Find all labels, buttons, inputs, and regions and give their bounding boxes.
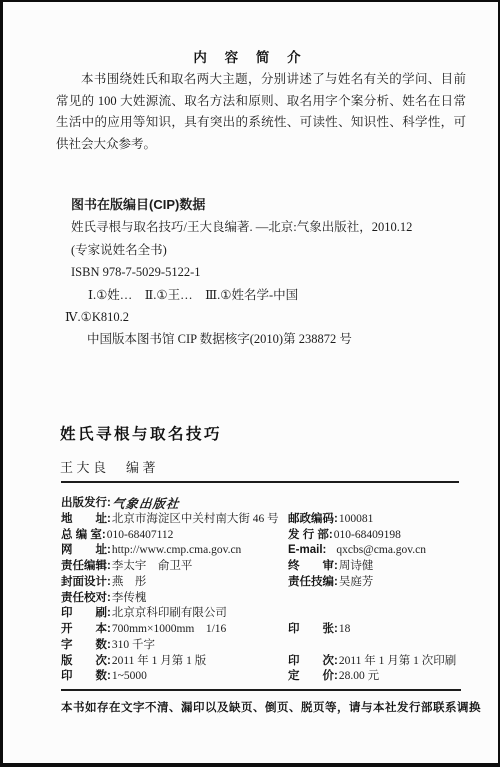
distribution-dept-phone: 010-68409198 (333, 528, 401, 544)
editorial-office-label: 总 编 室: (61, 528, 106, 544)
website-label: 网 址: (61, 543, 111, 559)
website-url: http://www.cmp.cma.gov.cn (111, 543, 241, 559)
distribution-dept-label: 发 行 部: (288, 528, 333, 544)
price-value: 28.00 元 (338, 669, 379, 685)
sheets-label: 印 张: (288, 622, 338, 638)
format-label: 开 本: (61, 622, 111, 638)
impression-label: 印 次: (288, 654, 338, 670)
publisher-logotype: 气象出版社 (110, 496, 180, 512)
colophon-row: 字 数:310 千字 (61, 638, 465, 654)
proofreader-name: 李传槐 (111, 591, 147, 607)
book-author: 王大良 编著 (60, 457, 222, 476)
technical-editor-name: 吴庭芳 (338, 575, 374, 591)
cover-design-label: 封面设计: (61, 575, 111, 591)
cip-series-line: (专家说姓名全书) (71, 239, 461, 261)
address-value: 北京市海淀区中关村南大街 46 号 (111, 512, 279, 528)
address-label: 地 址: (61, 512, 111, 528)
divider-top (61, 481, 459, 483)
word-count-value: 310 千字 (111, 638, 155, 654)
cip-data-block: 图书在版编目(CIP)数据 姓氏寻根与取名技巧/王大良编著. —北京:气象出版社… (71, 194, 461, 351)
colophon-row: 版 次:2011 年 1 月第 1 版 印 次:2011 年 1 月第 1 次印… (61, 654, 465, 670)
title-block: 姓氏寻根与取名技巧 王大良 编著 (60, 422, 222, 476)
copyright-page: 内 容 简 介 本书围绕姓氏和取名两大主题，分别讲述了与姓名有关的学问、目前常见… (0, 0, 500, 767)
cip-isbn: ISBN 978-7-5029-5122-1 (71, 261, 461, 283)
editorial-office-phone: 010-68407112 (106, 528, 174, 544)
colophon-row: 总 编 室:010-68407112 发 行 部:010-68409198 (61, 528, 465, 544)
email-label: E-mail: (288, 543, 326, 559)
colophon-row: 印 刷:北京京科印刷有限公司 (61, 606, 465, 622)
printer-name: 北京京科印刷有限公司 (111, 606, 227, 622)
colophon-row: 网 址:http://www.cmp.cma.gov.cn E-mail:qxc… (61, 543, 465, 559)
replacement-notice: 本书如存在文字不清、漏印以及缺页、倒页、脱页等，请与本社发行部联系调换 (61, 699, 481, 715)
proofreader-label: 责任校对: (61, 591, 111, 607)
print-run-value: 1~5000 (111, 669, 147, 685)
publisher-label: 出版发行: (61, 496, 111, 512)
postcode-value: 100081 (338, 512, 374, 528)
edition-value: 2011 年 1 月第 1 版 (111, 654, 206, 670)
cover-design-name: 燕 彤 (111, 575, 147, 591)
colophon-row-publisher: 出版发行: 气象出版社 (61, 496, 465, 512)
word-count-label: 字 数: (61, 638, 111, 654)
publisher-cell: 出版发行: 气象出版社 (61, 496, 288, 512)
colophon-row: 封面设计:燕 彤 责任技编:吴庭芳 (61, 575, 465, 591)
final-reviewer-name: 周诗健 (338, 559, 374, 575)
book-title: 姓氏寻根与取名技巧 (60, 422, 222, 444)
content-summary-paragraph: 本书围绕姓氏和取名两大主题，分别讲述了与姓名有关的学问、目前常见的 100 大姓… (56, 69, 466, 155)
final-reviewer-label: 终 审: (288, 559, 338, 575)
content-summary-heading: 内 容 简 介 (3, 46, 498, 66)
cip-title-line: 姓氏寻根与取名技巧/王大良编著. —北京:气象出版社，2010.12 (71, 216, 461, 238)
print-run-label: 印 数: (61, 669, 111, 685)
colophon-row: 责任编辑:李太宇 俞卫平 终 审:周诗健 (61, 559, 465, 575)
colophon-row: 印 数:1~5000 定 价:28.00 元 (61, 669, 465, 685)
cip-classification-line-2: Ⅳ.①K810.2 (65, 306, 461, 328)
price-label: 定 价: (288, 669, 338, 685)
divider-bottom (61, 689, 461, 691)
cip-classification-line-1: Ⅰ.①姓… Ⅱ.①王… Ⅲ.①姓名学-中国 (88, 284, 461, 306)
email-value: qxcbs@cma.gov.cn (326, 543, 426, 559)
empty-cell (288, 496, 465, 512)
impression-value: 2011 年 1 月第 1 次印刷 (338, 654, 456, 670)
colophon-row: 开 本:700mm×1000mm 1/16 印 张:18 (61, 622, 465, 638)
cip-record-number: 中国版本图书馆 CIP 数据核字(2010)第 238872 号 (87, 328, 461, 350)
colophon-block: 出版发行: 气象出版社 地 址:北京市海淀区中关村南大街 46 号 邮政编码:1… (61, 496, 465, 685)
cip-heading: 图书在版编目(CIP)数据 (71, 194, 461, 216)
colophon-row: 责任校对:李传槐 (61, 591, 465, 607)
responsible-editor-label: 责任编辑: (61, 559, 111, 575)
printer-label: 印 刷: (61, 606, 111, 622)
sheets-value: 18 (338, 622, 351, 638)
technical-editor-label: 责任技编: (288, 575, 338, 591)
colophon-row: 地 址:北京市海淀区中关村南大街 46 号 邮政编码:100081 (61, 512, 465, 528)
edition-label: 版 次: (61, 654, 111, 670)
postcode-label: 邮政编码: (288, 512, 338, 528)
format-value: 700mm×1000mm 1/16 (111, 622, 226, 638)
responsible-editor-names: 李太宇 俞卫平 (111, 559, 193, 575)
